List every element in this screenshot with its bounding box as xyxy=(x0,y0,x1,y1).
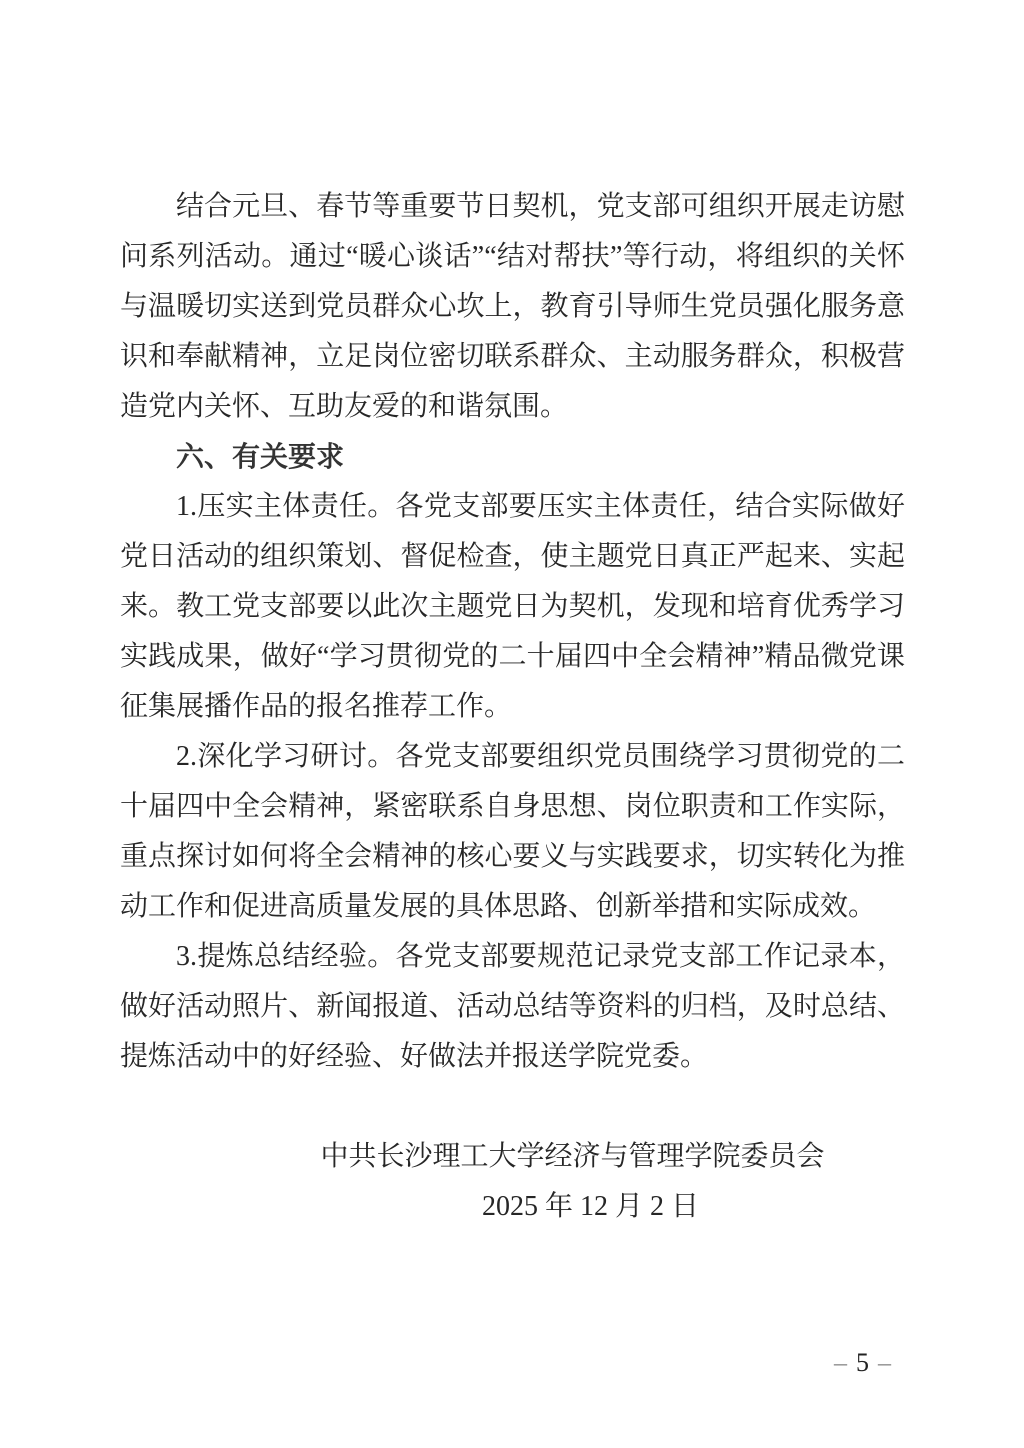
page-number-right-dash: – xyxy=(869,1348,900,1377)
signature-organization: 中共长沙理工大学经济与管理学院委员会 xyxy=(180,1132,965,1182)
signature-block: 中共长沙理工大学经济与管理学院委员会 2025 年 12 月 2 日 xyxy=(120,1132,905,1232)
paragraph-item-3-summarize-experience: 3.提炼总结经验。各党支部要规范记录党支部工作记录本，做好活动照片、新闻报道、活… xyxy=(120,932,905,1082)
paragraph-item-1-responsibility: 1.压实主体责任。各党支部要压实主体责任，结合实际做好党日活动的组织策划、督促检… xyxy=(120,482,905,732)
document-body: 结合元旦、春节等重要节日契机，党支部可组织开展走访慰问系列活动。通过“暖心谈话”… xyxy=(120,182,905,1232)
page-number: –5– xyxy=(825,1348,900,1378)
document-page: 结合元旦、春节等重要节日契机，党支部可组织开展走访慰问系列活动。通过“暖心谈话”… xyxy=(0,0,1024,1448)
section-heading-requirements: 六、有关要求 xyxy=(120,432,905,482)
paragraph-visit-activities: 结合元旦、春节等重要节日契机，党支部可组织开展走访慰问系列活动。通过“暖心谈话”… xyxy=(120,182,905,432)
signature-date: 2025 年 12 月 2 日 xyxy=(198,1182,983,1232)
paragraph-item-2-study-discussion: 2.深化学习研讨。各党支部要组织党员围绕学习贯彻党的二十届四中全会精神，紧密联系… xyxy=(120,732,905,932)
page-number-left-dash: – xyxy=(825,1348,856,1377)
page-number-value: 5 xyxy=(856,1348,869,1377)
